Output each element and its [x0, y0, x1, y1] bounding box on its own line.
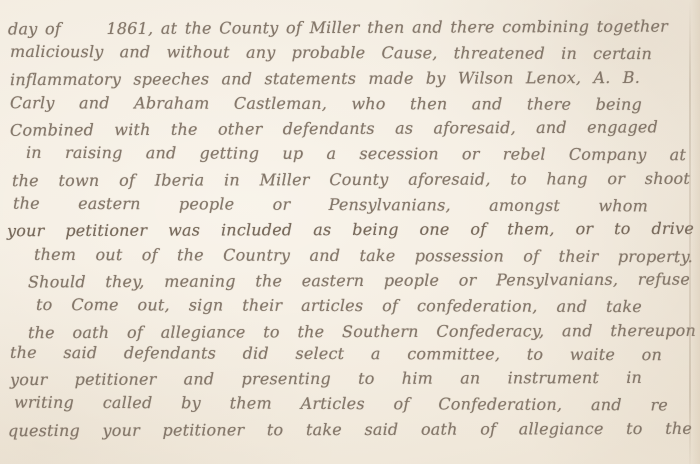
manuscript-line: writing called by them Articles of Confe…	[14, 390, 668, 418]
manuscript-line: maliciously and without any probable Cau…	[10, 39, 652, 67]
manuscript-page: day of 1861, at the County of Miller the…	[0, 0, 700, 464]
manuscript-line: day of 1861, at the County of Miller the…	[8, 14, 668, 42]
paper-edge-shading	[690, 0, 700, 464]
manuscript-line: Combined with the other defendants as af…	[10, 114, 658, 143]
manuscript-line: Carly and Abraham Castleman, who then an…	[10, 90, 642, 117]
manuscript-line: Should they, meaning the eastern people …	[28, 267, 690, 295]
manuscript-line: inflammatory speeches and statements mad…	[10, 64, 640, 91]
manuscript-line: the said defendants did select a committ…	[10, 340, 662, 368]
manuscript-line: your petitioner was included as being on…	[7, 216, 694, 244]
manuscript-text-block: day of 1861, at the County of Miller the…	[0, 15, 700, 442]
manuscript-line: your petitioner and presenting to him an…	[10, 365, 642, 393]
manuscript-line: to Come out, sign their articles of conf…	[36, 292, 642, 319]
manuscript-line: the town of Iberia in Miller County afor…	[12, 166, 690, 194]
manuscript-line: in raising and getting up a secession or…	[26, 140, 686, 168]
manuscript-line: the eastern people or Pensylvanians, amo…	[13, 191, 648, 219]
manuscript-line: questing your petitioner to take said oa…	[8, 416, 692, 444]
manuscript-line: them out of the Country and take possess…	[34, 242, 693, 270]
